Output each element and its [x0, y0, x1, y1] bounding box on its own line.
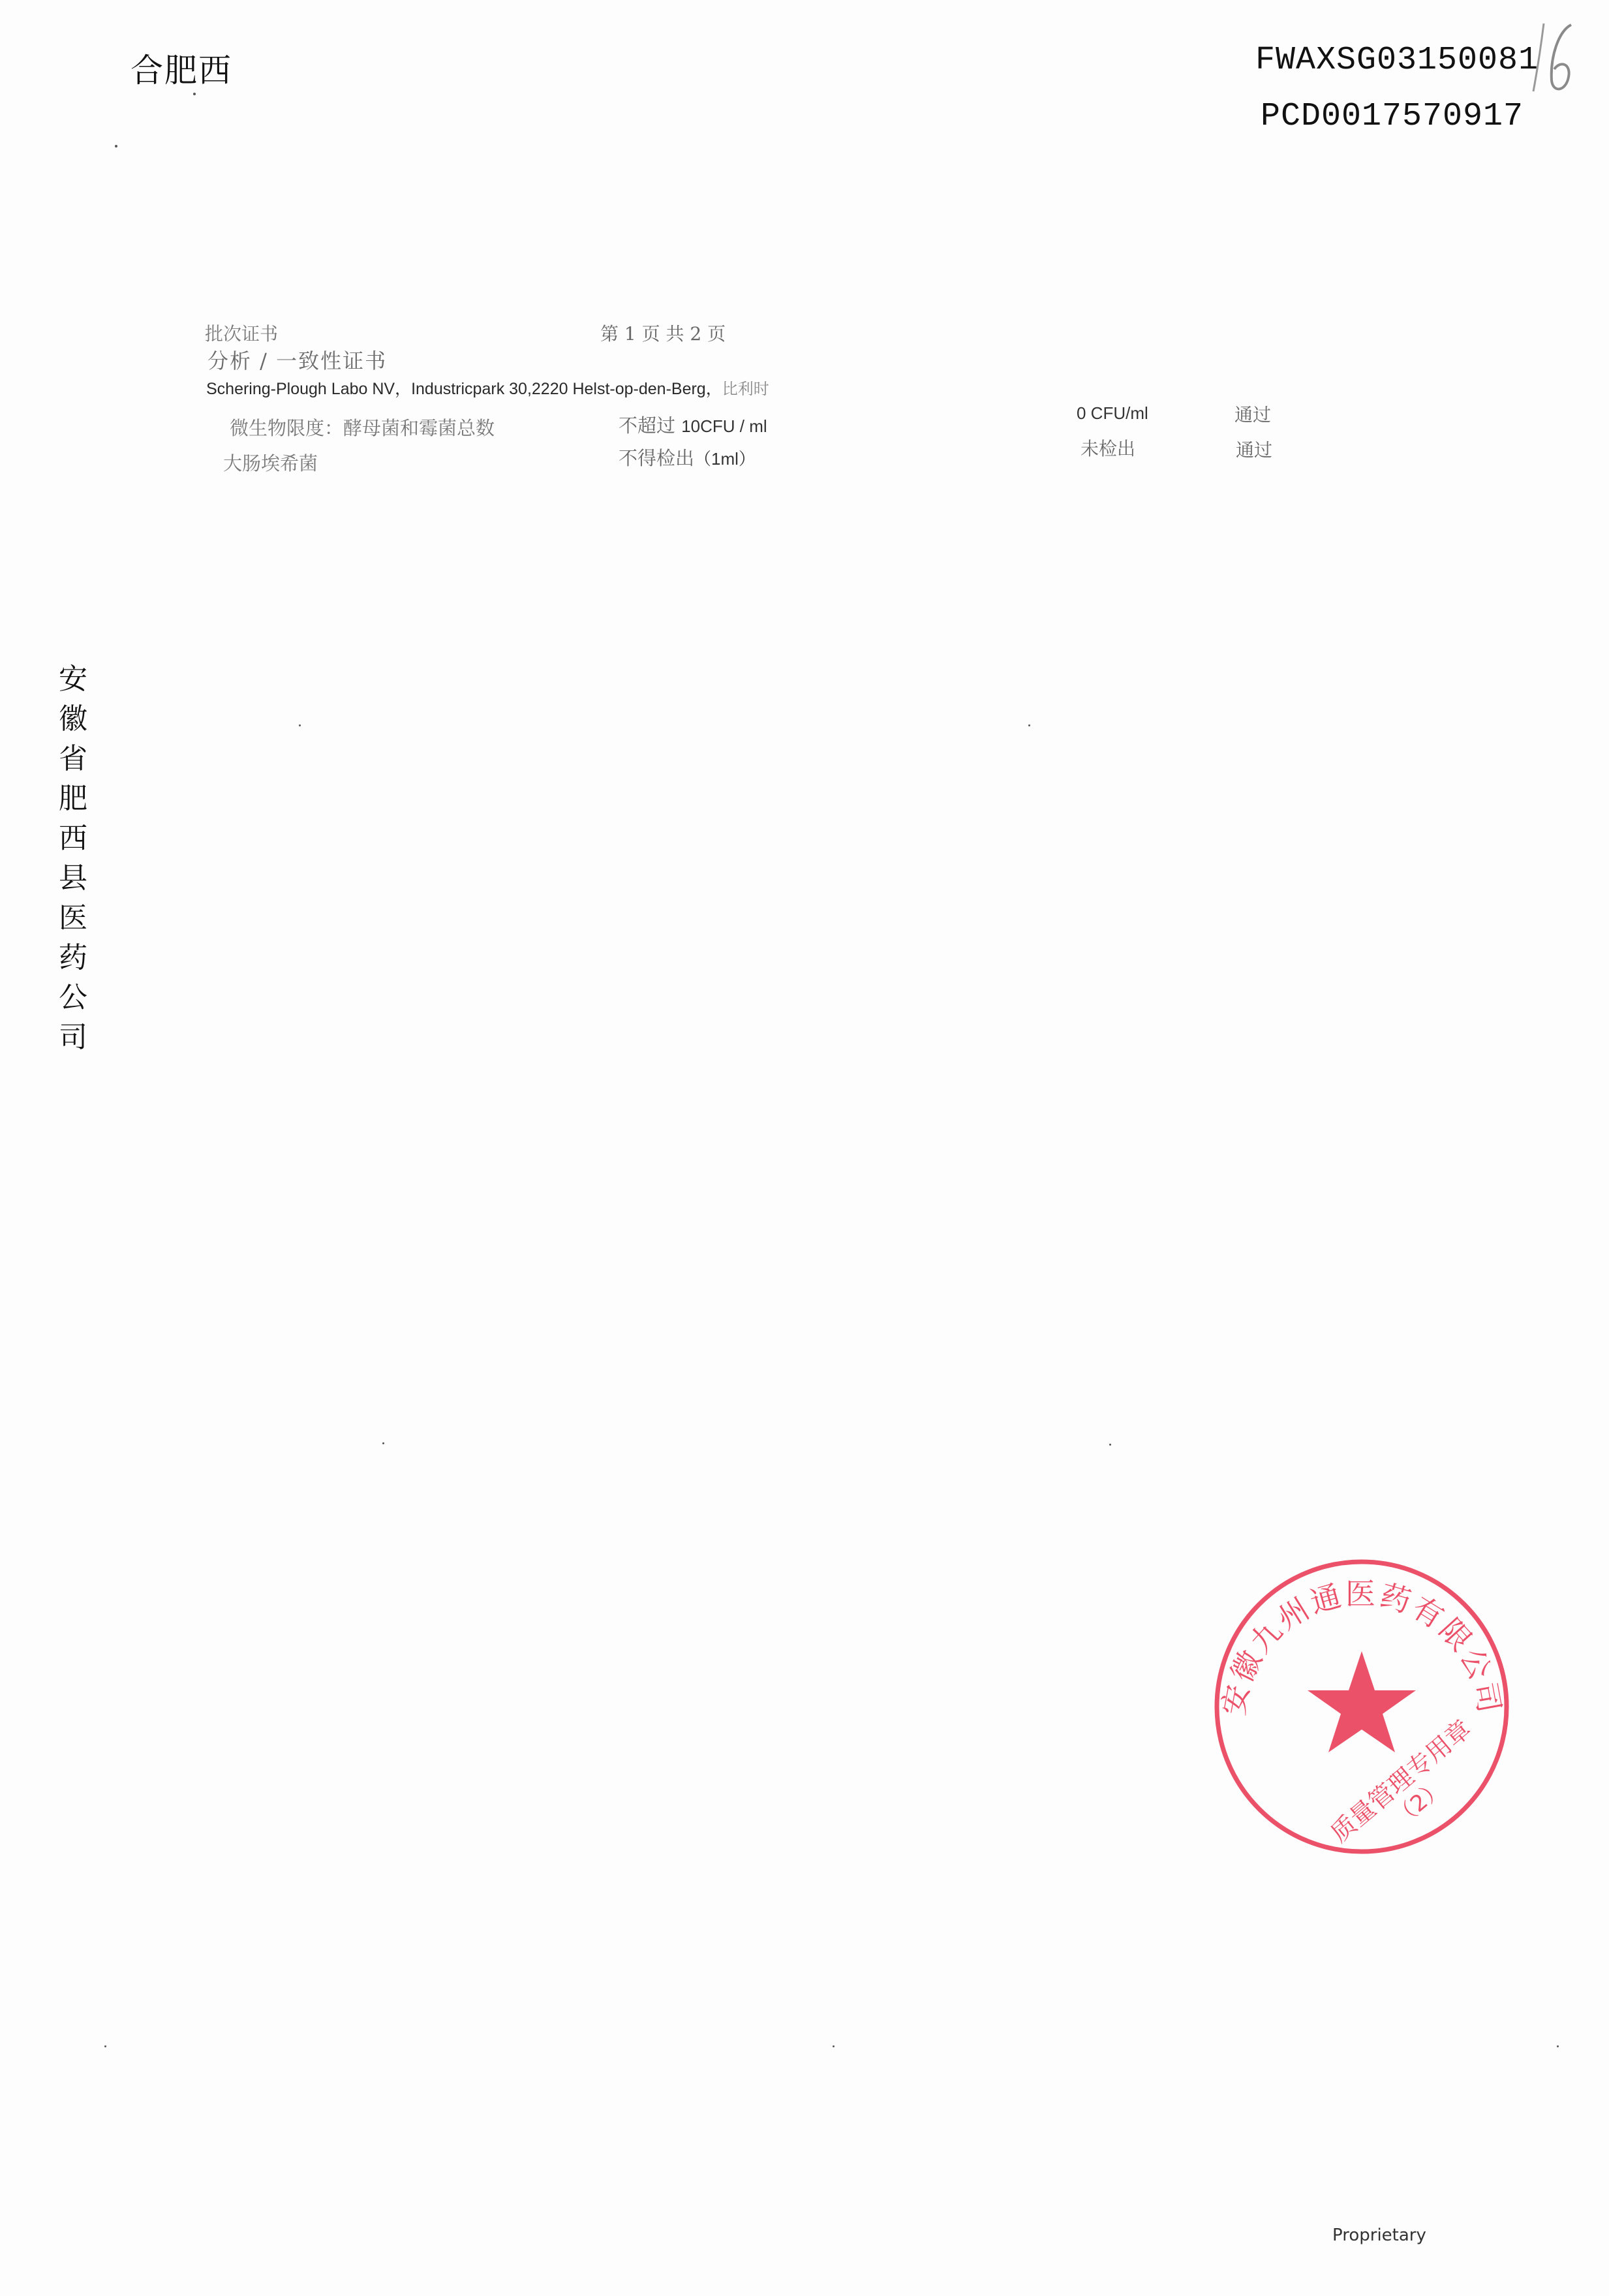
scan-speck [833, 2045, 835, 2047]
scan-speck [382, 1442, 384, 1444]
side-stamp-character: 药 [56, 938, 90, 978]
side-stamp-company-name: 安徽省肥西县医药公司 [56, 659, 90, 1057]
side-stamp-character: 省 [56, 739, 90, 779]
manufacturer-name-address: Schering-Plough Labo NV，Industricpark 30… [206, 380, 722, 398]
document-type: 批次证书 [205, 320, 278, 346]
scan-speck [1109, 1444, 1111, 1446]
scan-speck [104, 2045, 106, 2047]
side-stamp-character: 肥 [56, 779, 90, 818]
side-stamp-character: 安 [56, 659, 90, 699]
test-name: 大肠埃希菌 [223, 449, 318, 476]
side-stamp-character: 徽 [56, 699, 90, 739]
spec-value: 10CFU / ml [681, 416, 767, 436]
star-icon [1308, 1651, 1416, 1752]
scan-speck [115, 145, 117, 147]
city-stamp: 合肥西 [130, 44, 232, 91]
test-verdict: 通过 [1234, 401, 1271, 427]
document-code-secondary: PCD0017570917 [1261, 98, 1524, 135]
side-stamp-character: 西 [56, 818, 90, 858]
test-name: 微生物限度：酵母菌和霉菌总数 [230, 414, 495, 441]
side-stamp-character: 县 [56, 858, 90, 898]
side-stamp-character: 公 [56, 978, 90, 1017]
manufacturer-country: 比利时 [722, 380, 769, 398]
side-stamp-character: 司 [56, 1017, 90, 1057]
handwritten-page-mark-icon [1532, 18, 1578, 97]
test-specification: 不超过 10CFU / ml [619, 411, 767, 438]
test-result: 未检出 [1080, 435, 1135, 461]
scan-speck [1557, 2045, 1559, 2047]
spec-prefix: 不得检出 [619, 447, 694, 469]
spec-value: （1ml） [694, 449, 756, 469]
document-subtitle: 分析 / 一致性证书 [207, 345, 387, 375]
test-verdict: 通过 [1236, 436, 1272, 462]
side-stamp-character: 医 [56, 898, 90, 938]
document-code-primary: FWAXSG03150081 [1255, 42, 1539, 79]
company-seal: 安徽九州通医药有限公司 质量管理专用章 （2） [1208, 1553, 1515, 1860]
scan-speck [299, 724, 301, 726]
page-indicator: 第 1 页 共 2 页 [600, 320, 726, 346]
scan-speck [1028, 724, 1030, 726]
spec-prefix: 不超过 [619, 414, 681, 437]
test-specification: 不得检出（1ml） [619, 444, 756, 471]
scan-speck [193, 93, 196, 95]
scanned-document-page: 合肥西 FWAXSG03150081 PCD0017570917 安徽省肥西县医… [0, 0, 1609, 2296]
manufacturer-address: Schering-Plough Labo NV，Industricpark 30… [206, 376, 769, 399]
footer-proprietary-label: Proprietary [1332, 2226, 1426, 2245]
test-result: 0 CFU/ml [1077, 402, 1148, 424]
